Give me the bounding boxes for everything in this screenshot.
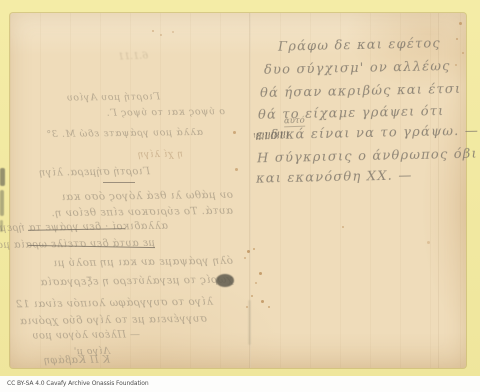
handwriting-line: Η σύγκρισις ο άνθρωπος όβι bbox=[257, 147, 478, 167]
foxing-spot bbox=[268, 306, 270, 308]
handwriting-line: δυο σύγχισμ' ον αλλέως bbox=[264, 59, 451, 78]
handwriting-line: με αυτά δεν στείλε ωραία μου bbox=[0, 238, 155, 251]
handwriting-line: όλη γράψαμε αν και μη πολύ μι bbox=[53, 255, 233, 270]
handwriting-line: ο ύψος και το ύψος Γ. bbox=[106, 106, 225, 119]
edge-smudge bbox=[0, 190, 4, 216]
foxing-spot bbox=[152, 30, 154, 32]
foxing-spot bbox=[253, 248, 255, 250]
foxing-spot bbox=[456, 38, 458, 40]
handwriting-line: Γιορτή μου Αγίου bbox=[66, 91, 160, 103]
ink-blot bbox=[216, 274, 234, 287]
scan-background: 6.1.11 Γιορτή μου Αγίου ο ύψος και το ύψ… bbox=[0, 0, 480, 392]
foxing-spot bbox=[160, 34, 162, 36]
handwriting-line: αυτά. Το εύρισκον είπε θείον η. bbox=[51, 205, 233, 220]
handwriting-line: αλλαδικοί · δεν γράψε τα ήρεμα bbox=[0, 221, 168, 234]
handwriting-line: αλλά μου γράψατε εδώ Μ. 3° bbox=[46, 127, 203, 140]
foxing-spot bbox=[459, 22, 462, 25]
handwriting-line: χωρίς το μεγαλύτερο η εξεργασία bbox=[40, 274, 233, 289]
handwriting-line: Γιορτή σήμερα. λίγη bbox=[39, 166, 150, 179]
foxing-spot bbox=[255, 282, 257, 284]
handwriting-line: ον μάθω λι θεά λόγος όσο και bbox=[61, 189, 233, 203]
manuscript-paper: 6.1.11 Γιορτή μου Αγίου ο ύψος και το ύψ… bbox=[10, 13, 466, 368]
signature-line: Κ Π Καβάφη bbox=[44, 355, 110, 367]
handwriting-line: και εκανόσθη ΧΧ. — bbox=[256, 168, 413, 186]
underline-mark bbox=[103, 182, 135, 183]
handwriting-line: θά ήσαν ακριβώς και έτσι bbox=[260, 82, 462, 101]
foxing-spot bbox=[251, 295, 253, 297]
left-page-mirrored-text: Γιορτή μου Αγίου ο ύψος και το ύψος Γ. α… bbox=[28, 90, 238, 368]
fold-smudge bbox=[248, 300, 251, 345]
insertion-word: αυτό bbox=[284, 116, 305, 128]
foxing-spot bbox=[455, 64, 457, 66]
foxing-spot bbox=[172, 31, 174, 33]
handwriting-line: η χί λίγη bbox=[137, 150, 183, 161]
caption-bar: CC BY-SA 4.0 Cavafy Archive Onassis Foun… bbox=[0, 376, 480, 392]
foxing-spot bbox=[247, 250, 250, 253]
right-page-text: Γράφω δε και εφέτος δυο σύγχισμ' ον αλλέ… bbox=[252, 30, 468, 210]
handwriting-line: λίγο το συγγράφω λοιπόν είναι 12 bbox=[15, 296, 213, 311]
foxing-spot bbox=[259, 272, 262, 275]
foxing-spot bbox=[235, 168, 238, 171]
foxing-spot bbox=[261, 300, 264, 303]
edge-smudge bbox=[0, 168, 5, 186]
foxing-spot bbox=[244, 257, 246, 259]
handwriting-line: συγγένεια με το λίγο δύο χρόνια bbox=[19, 313, 207, 328]
license-caption: CC BY-SA 4.0 Cavafy Archive Onassis Foun… bbox=[7, 380, 149, 387]
foxing-spot bbox=[342, 226, 344, 228]
date-inscription: 6.1.11 bbox=[118, 50, 149, 62]
foxing-spot bbox=[427, 241, 430, 244]
foxing-spot bbox=[462, 52, 464, 54]
foxing-spot bbox=[233, 131, 236, 134]
handwriting-line: — Πλέον λόγον μου bbox=[32, 329, 140, 342]
handwriting-line: Γράφω δε και εφέτος bbox=[278, 36, 441, 54]
edge-smudge bbox=[0, 220, 3, 232]
